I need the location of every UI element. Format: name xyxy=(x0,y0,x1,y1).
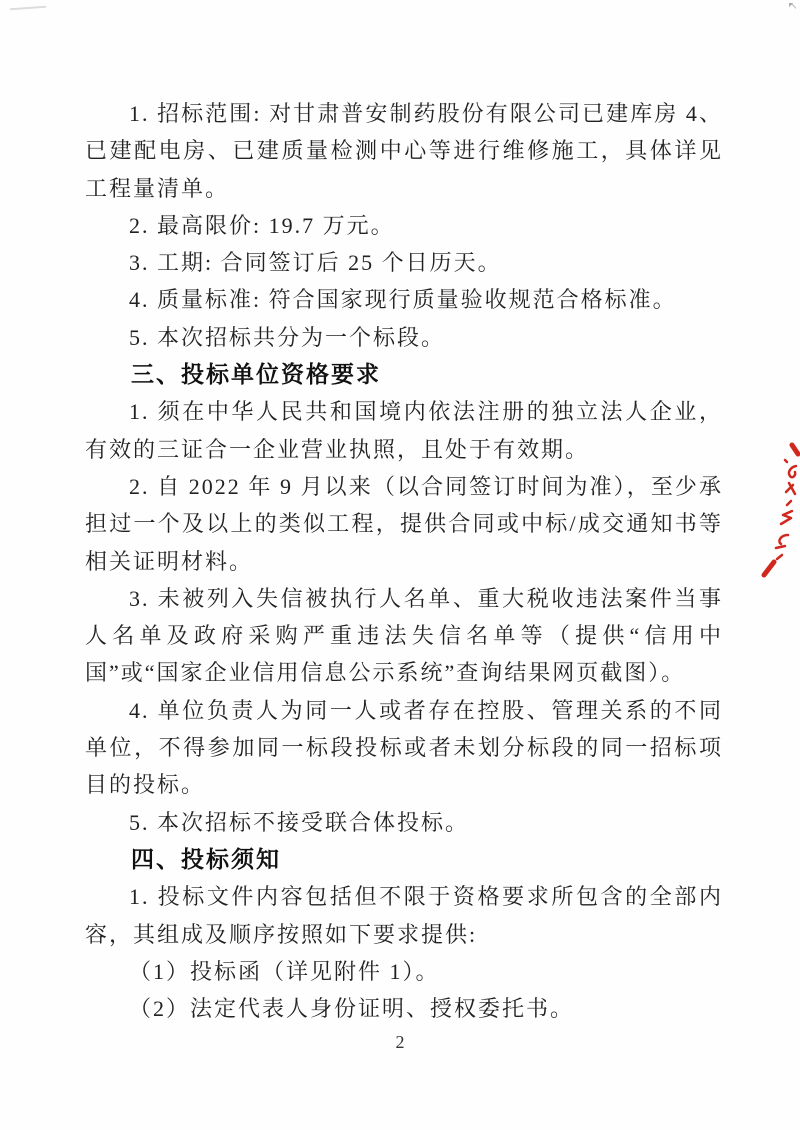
scanned-document-page: 1. 招标范围: 对甘肃普安制药股份有限公司已建库房 4、已建配电房、已建质量检… xyxy=(0,0,800,1130)
paragraph-bid-scope: 1. 招标范围: 对甘肃普安制药股份有限公司已建库房 4、已建配电房、已建质量检… xyxy=(85,95,723,207)
red-handwriting-annotation xyxy=(748,435,800,587)
paragraph-construction-period: 3. 工期: 合同签订后 25 个日历天。 xyxy=(85,244,723,281)
scan-artifact-speck xyxy=(789,3,796,10)
section-heading-qualification: 三、投标单位资格要求 xyxy=(85,356,723,393)
paragraph-credit-lists: 3. 未被列入失信被执行人名单、重大税收违法案件当事人名单及政府采购严重违法失信… xyxy=(85,580,723,692)
paragraph-similar-projects: 2. 自 2022 年 9 月以来（以合同签订时间为准），至少承担过一个及以上的… xyxy=(85,468,723,580)
section-heading-bid-notice: 四、投标须知 xyxy=(85,841,723,878)
paragraph-legal-entity: 1. 须在中华人民共和国境内依法注册的独立法人企业，有效的三证合一企业营业执照，… xyxy=(85,393,723,468)
paragraph-max-price: 2. 最高限价: 19.7 万元。 xyxy=(85,207,723,244)
paragraph-no-consortium: 5. 本次招标不接受联合体投标。 xyxy=(85,804,723,841)
paragraph-bid-doc-contents: 1. 投标文件内容包括但不限于资格要求所包含的全部内容，其组成及顺序按照如下要求… xyxy=(85,878,723,953)
document-body: 1. 招标范围: 对甘肃普安制药股份有限公司已建库房 4、已建配电房、已建质量检… xyxy=(85,95,723,1027)
paragraph-related-units: 4. 单位负责人为同一人或者存在控股、管理关系的不同单位，不得参加同一标段投标或… xyxy=(85,692,723,804)
paragraph-item-legal-rep: （2）法定代表人身份证明、授权委托书。 xyxy=(85,990,723,1027)
paragraph-quality-standard: 4. 质量标准: 符合国家现行质量验收规范合格标准。 xyxy=(85,281,723,318)
paragraph-single-section: 5. 本次招标共分为一个标段。 xyxy=(85,319,723,356)
scan-artifact-line xyxy=(10,6,46,10)
paragraph-item-bid-letter: （1）投标函（详见附件 1）。 xyxy=(85,953,723,990)
page-number: 2 xyxy=(0,1032,800,1053)
